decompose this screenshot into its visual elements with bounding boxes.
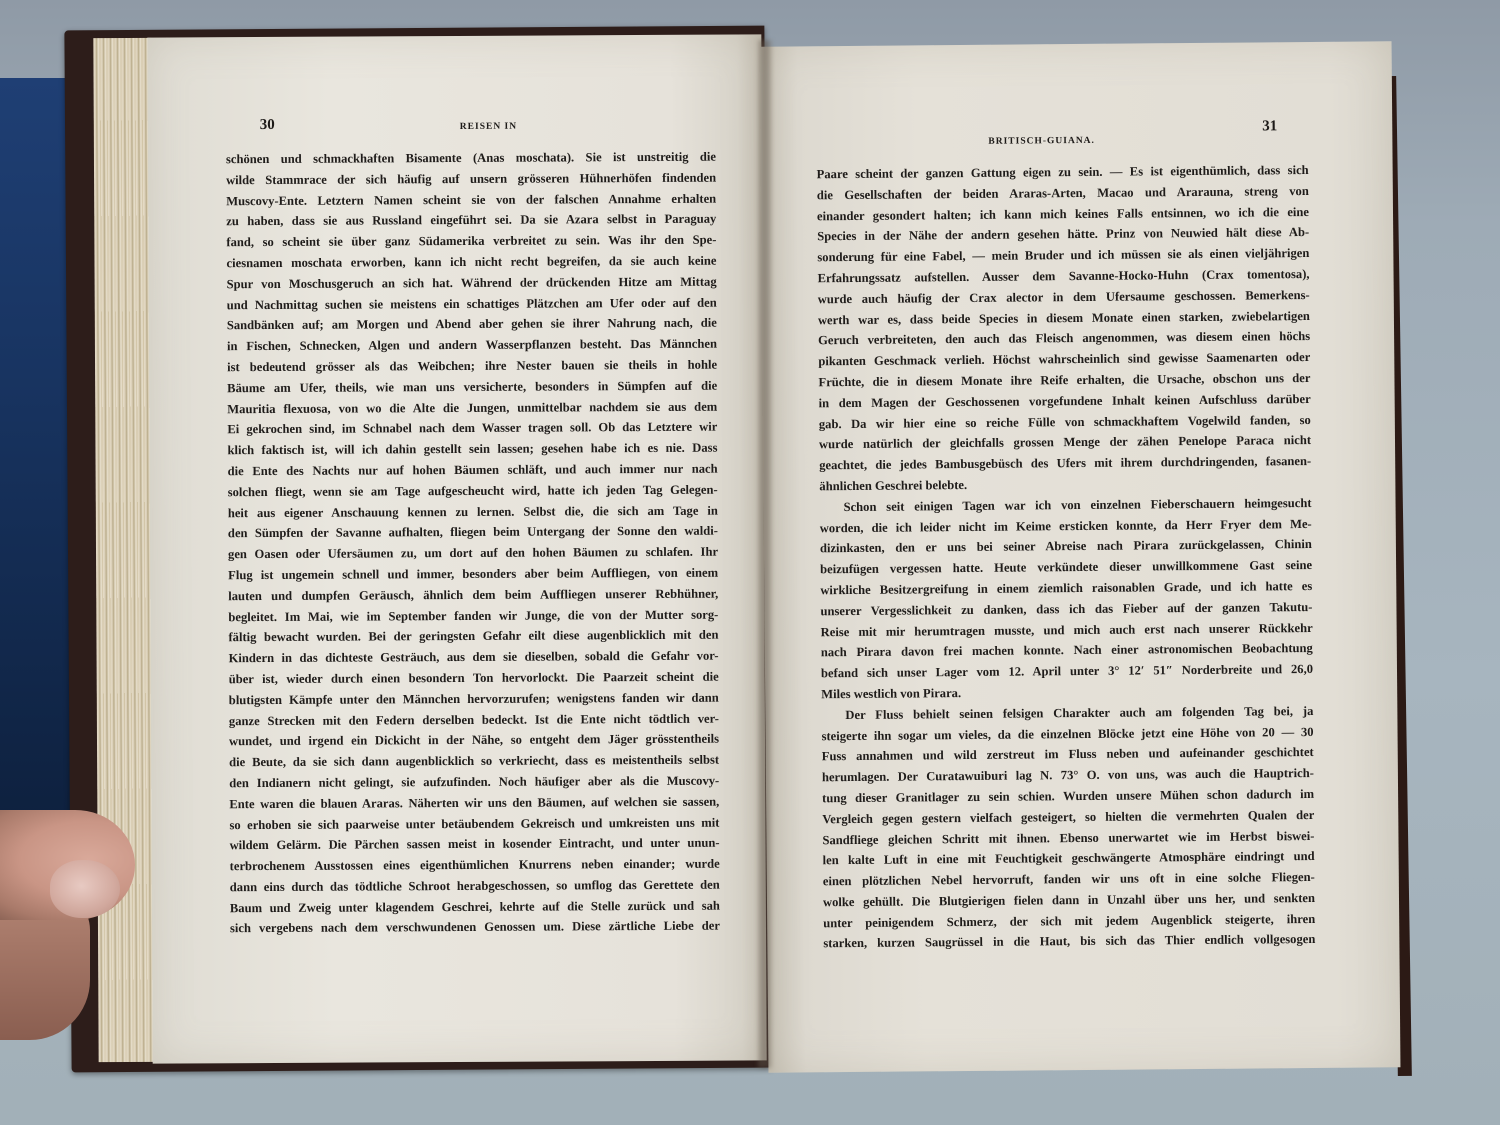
text-line: die Ente des Nachts nur auf hohen Bäumen…: [228, 459, 718, 482]
text-line: ganze Strecken mit den Federn derselben …: [229, 708, 719, 731]
text-line: Ente waren die blauen Araras. Näherten w…: [229, 791, 719, 814]
text-line: heit aus eigener Anschauung kennen zu le…: [228, 500, 718, 523]
running-head-right: BRITISCH-GUIANA.: [988, 136, 1095, 147]
text-line: Ei gekrochen sind, im Schnabel nach dem …: [227, 417, 717, 440]
text-line: so erhoben sie sich paarweise unter betä…: [229, 812, 719, 835]
text-line: Flug ist ungemein schnell und immer, bes…: [228, 563, 718, 586]
thumbnail-nail: [50, 860, 120, 918]
text-line: terbrochenem Ausstossen eines eigenthüml…: [230, 854, 720, 877]
text-line: dann eins durch das tödtliche Schroot he…: [230, 875, 720, 898]
text-line: lauten und dumpfen Geräusch, ähnlich dem…: [228, 583, 718, 606]
page-number-right: 31: [1262, 118, 1277, 135]
text-line: klich faktisch ist, will ich dahin geste…: [227, 438, 717, 461]
text-line: Muscovy-Ente. Letztern Namen scheint sie…: [226, 188, 716, 211]
text-line: den Indianern nicht gelingt, sie aufzufi…: [229, 771, 719, 794]
text-line: starken, kurzen Saugrüssel in die Haut, …: [823, 929, 1315, 954]
text-line: wildem Gelärm. Die Pärchen sassen meist …: [229, 833, 719, 856]
text-line: ist bedeutend grösser als das Weibchen; …: [227, 355, 717, 378]
right-page: BRITISCH-GUIANA. 31 Paare scheint der ga…: [760, 41, 1401, 1072]
text-line: Kindern in das dichteste Gesträuch, aus …: [229, 646, 719, 669]
text-line: wilde Stammrace der sich häufig auf unse…: [226, 167, 716, 190]
text-line: Baum und Zweig unter klagendem Geschrei,…: [230, 895, 720, 918]
left-page: 30 REISEN IN schönen und schmackhaften B…: [147, 34, 766, 1063]
text-line: über ist, wieder durch einen besondern T…: [229, 667, 719, 690]
text-line: solchen fliegt, wenn sie am Tage aufgesc…: [228, 479, 718, 502]
text-line: und Nachmittag suchen sie meistens ein s…: [227, 292, 717, 315]
text-line: in Fischen, Schnecken, Algen und andern …: [227, 334, 717, 357]
left-page-body: schönen und schmackhaften Bisamente (Ana…: [226, 147, 720, 940]
text-line: gen Oasen oder Ufersäumen zu, um dort au…: [228, 542, 718, 565]
text-line: den Sümpfen der Savanne aufhalten, flieg…: [228, 521, 718, 544]
text-line: fältig bewacht wurden. Bei der geringste…: [228, 625, 718, 648]
text-line: geachtet, die jedes Bambusgebüsch des Uf…: [819, 451, 1311, 476]
text-line: Sandbänken auf; am Morgen und Abend aber…: [227, 313, 717, 336]
text-line: fand, so scheint sie über ganz Südamerik…: [226, 230, 716, 253]
text-line: Bäume am Ufer, theils, wie man uns versi…: [227, 375, 717, 398]
text-line: die Beute, da sie sich dann augenblickli…: [229, 750, 719, 773]
right-page-body: Paare scheint der ganzen Gattung eigen z…: [817, 160, 1316, 955]
running-head-left: REISEN IN: [460, 122, 517, 132]
page-number-left: 30: [260, 117, 275, 134]
text-line: zu haben, dass sie aus Russland eingefüh…: [226, 209, 716, 232]
book-gutter: [758, 40, 772, 1068]
text-line: begleitet. Im Mai, wie im September fand…: [228, 604, 718, 627]
text-line: wundet, und irgend ein Dickicht in der N…: [229, 729, 719, 752]
text-line: blutigsten Kämpfe unter den Männchen her…: [229, 687, 719, 710]
text-line: ciesnamen moschata erworben, kann ich ni…: [226, 251, 716, 274]
text-line: sich vergebens nach dem verschwundenen G…: [230, 916, 720, 939]
text-line: Spur von Moschusgeruch an sich hat. Währ…: [227, 271, 717, 294]
text-line: schönen und schmackhaften Bisamente (Ana…: [226, 147, 716, 170]
text-line: Mauritia flexuosa, von wo die Alte die J…: [227, 396, 717, 419]
text-line: befand sich unser Lager vom 12. April un…: [821, 659, 1313, 684]
